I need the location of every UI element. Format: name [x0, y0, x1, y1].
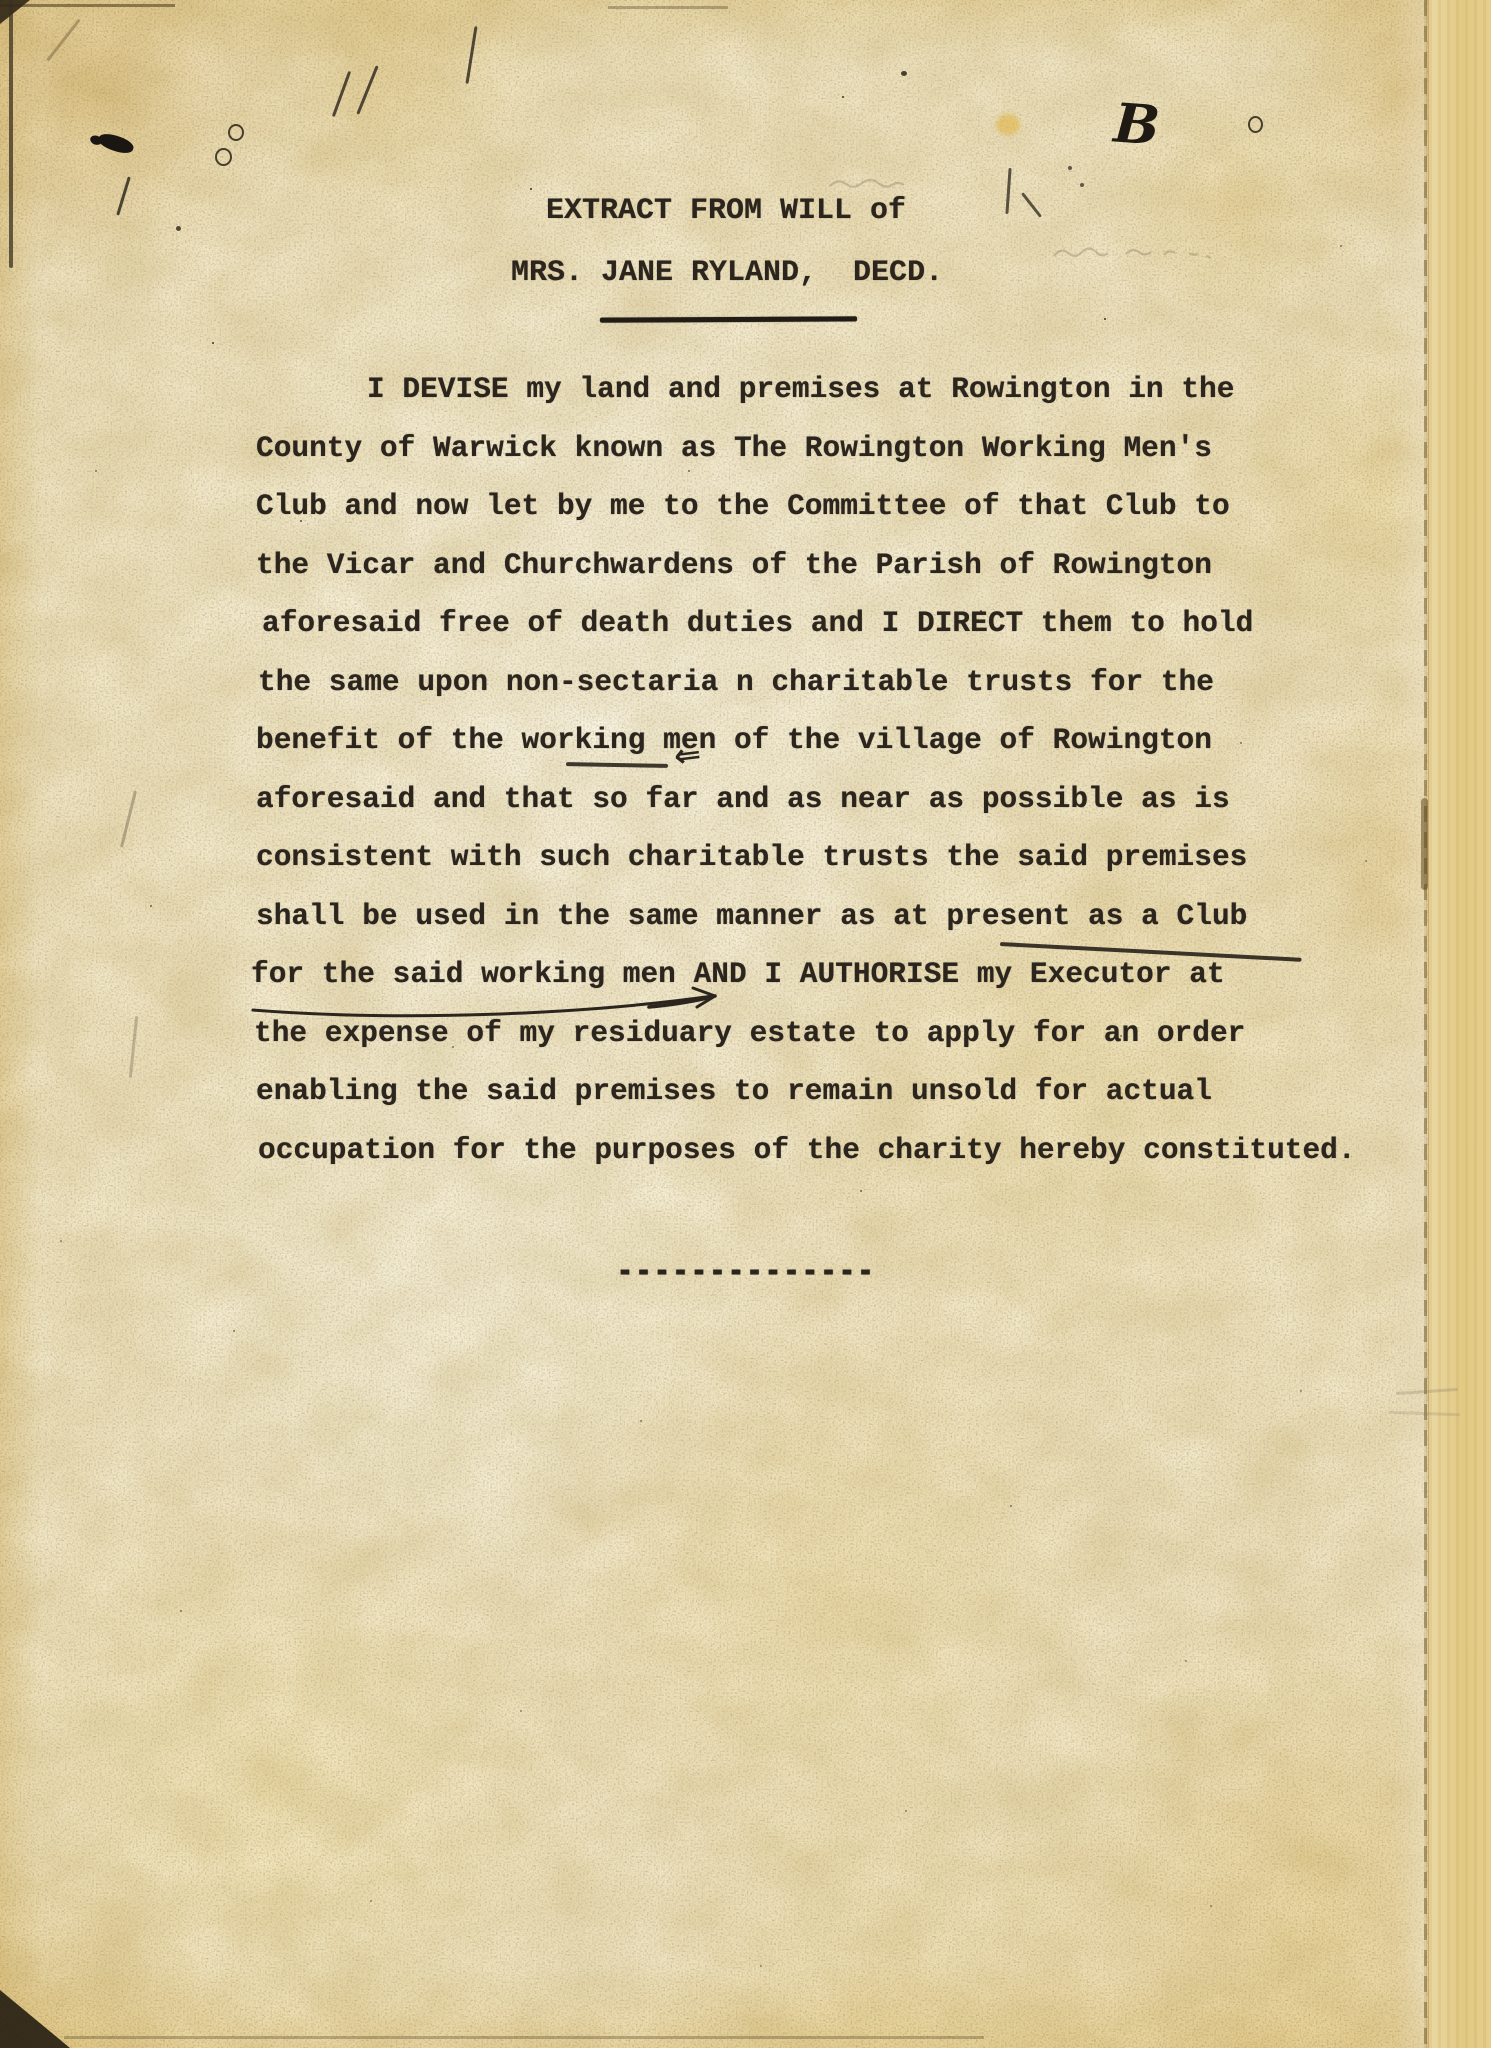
- underline-working-men-phrase: [245, 980, 775, 1026]
- typed-separator: --------------: [616, 1250, 875, 1296]
- ink-mark: [116, 176, 131, 215]
- handwritten-letter-b: B: [1112, 90, 1162, 157]
- body-line: the same upon non-sectaria n charitable …: [258, 665, 1356, 724]
- paper-crease: [46, 19, 80, 62]
- ink-specks: [0, 0, 2, 2]
- ink-mark: [97, 131, 136, 156]
- scanned-document: B EXTRACT FROM WILL of MRS. JAN: [0, 0, 1491, 2048]
- body-line: aforesaid free of death duties and I DIR…: [262, 606, 1360, 665]
- document-title: EXTRACT FROM WILL of: [546, 194, 906, 228]
- body-line: aforesaid and that so far and as near as…: [256, 782, 1354, 841]
- ring-mark: [1248, 116, 1263, 133]
- stain-spot: [996, 114, 1020, 135]
- body-line: Club and now let by me to the Committee …: [256, 489, 1354, 548]
- heading-rule: [600, 316, 857, 322]
- body-line: County of Warwick known as The Rowington…: [256, 431, 1354, 490]
- will-extract-paragraph: I DEVISE my land and premises at Rowingt…: [256, 372, 1354, 1191]
- ink-mark: [1080, 183, 1084, 187]
- paper-fold-highlight: [1392, 0, 1426, 2048]
- body-line: occupation for the purposes of the chari…: [258, 1133, 1356, 1192]
- left-arrow-icon: ⇐: [672, 735, 703, 776]
- corner-shadow: [0, 1990, 70, 2048]
- body-line: enabling the said premises to remain uns…: [256, 1074, 1354, 1133]
- paper-fold-line: [1424, 0, 1427, 2048]
- fold-ink-smudge: [1421, 798, 1428, 890]
- ink-mark: [1068, 166, 1072, 170]
- ink-mark: [465, 26, 477, 84]
- ink-mark: [1005, 168, 1011, 214]
- ring-mark: [215, 148, 232, 166]
- ink-mark: [1021, 192, 1042, 217]
- ring-mark: [228, 124, 244, 141]
- pencil-scribble: [828, 172, 918, 194]
- deceased-name-line: MRS. JANE RYLAND, DECD.: [511, 256, 943, 290]
- ink-mark: [356, 65, 378, 114]
- ink-mark: [901, 71, 907, 76]
- left-edge-scan-line: [9, 0, 13, 268]
- document-page: B EXTRACT FROM WILL of MRS. JAN: [0, 0, 1491, 2048]
- pencil-mark: [120, 791, 136, 848]
- top-edge-scan-line: [0, 4, 175, 7]
- pencil-mark: [129, 1016, 138, 1078]
- top-edge-scan-line: [608, 6, 728, 9]
- ink-mark: [176, 226, 181, 231]
- body-line: shall be used in the same manner as at p…: [256, 899, 1354, 958]
- body-line: benefit of the working men of the villag…: [256, 723, 1354, 782]
- bottom-edge-scan-line: [64, 2036, 984, 2039]
- pencil-scribble: [1052, 240, 1212, 266]
- body-line: the Vicar and Churchwardens of the Paris…: [256, 548, 1354, 607]
- body-line: I DEVISE my land and premises at Rowingt…: [259, 372, 1357, 431]
- aged-page-edge: [1428, 0, 1491, 2048]
- ink-mark: [332, 71, 351, 117]
- body-line: consistent with such charitable trusts t…: [256, 840, 1354, 899]
